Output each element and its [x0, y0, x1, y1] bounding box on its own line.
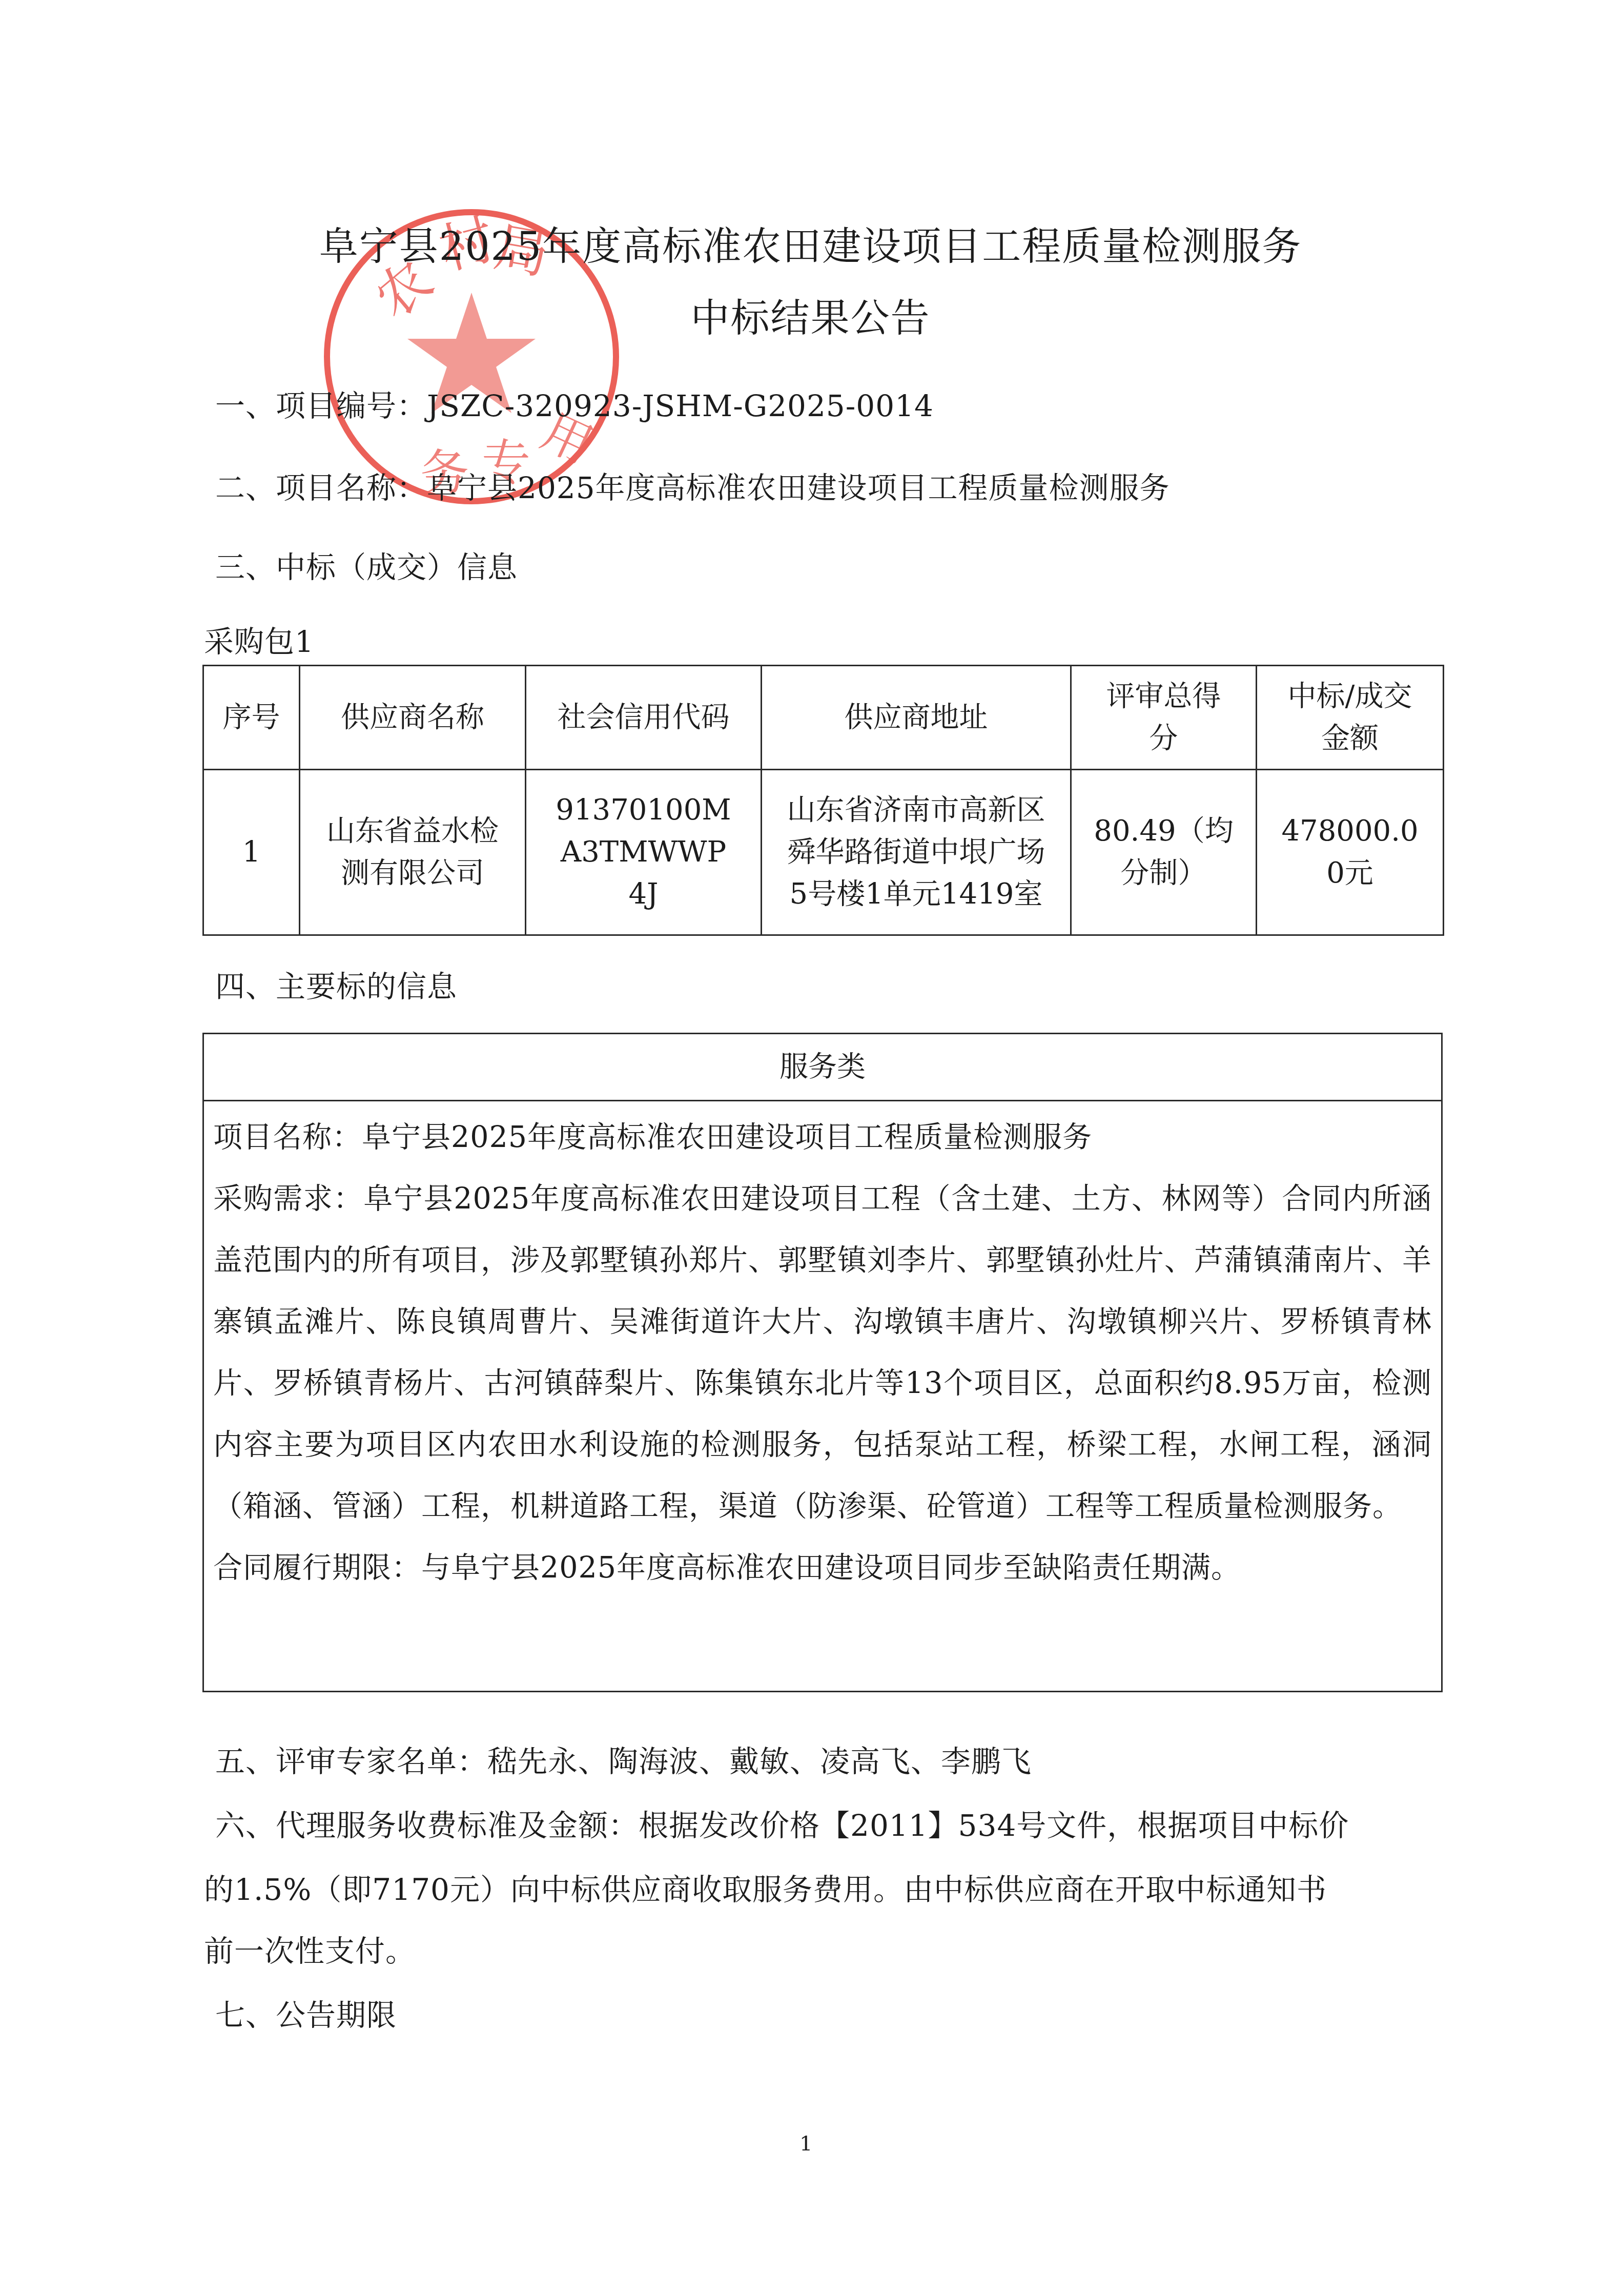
cell-address: 山东省济南市高新区舜华路街道中垠广场5号楼1单元1419室 [762, 770, 1071, 935]
agency-fee-line-3: 前一次性支付。 [204, 1927, 416, 1970]
header-supplier: 供应商名称 [300, 666, 526, 770]
subject-info-heading: 四、主要标的信息 [215, 962, 457, 1006]
header-amount: 中标/成交金额 [1257, 666, 1444, 770]
agency-fee-line-2: 的1.5%（即7170元）向中标供应商收取服务费用。由中标供应商在开取中标通知书 [204, 1865, 1327, 1909]
page-number: 1 [799, 2132, 812, 2156]
cell-supplier: 山东省益水检测有限公司 [300, 770, 526, 935]
subject-project-name: 项目名称：阜宁县2025年度高标准农田建设项目工程质量检测服务 [213, 1106, 1432, 1168]
contract-period: 合同履行期限：与阜宁县2025年度高标准农田建设项目同步至缺陷责任期满。 [213, 1537, 1432, 1598]
cell-index: 1 [203, 770, 300, 935]
project-name-line: 二、项目名称：阜宁县2025年度高标准农田建设项目工程质量检测服务 [215, 464, 1170, 507]
subject-info-box: 服务类 项目名称：阜宁县2025年度高标准农田建设项目工程质量检测服务 采购需求… [202, 1033, 1443, 1692]
header-score: 评审总得分 [1071, 666, 1257, 770]
header-index: 序号 [203, 666, 300, 770]
project-number-line: 一、项目编号：JSZC-320923-JSHM-G2025-0014 [215, 382, 934, 425]
award-result-table: 序号 供应商名称 社会信用代码 供应商地址 评审总得分 中标/成交金额 1 山东… [202, 665, 1444, 936]
category-label: 服务类 [204, 1034, 1441, 1101]
review-experts-line: 五、评审专家名单：嵇先永、陶海波、戴敏、凌高飞、李鹏飞 [215, 1737, 1032, 1780]
document-subtitle: 中标结果公告 [0, 287, 1621, 343]
award-info-heading: 三、中标（成交）信息 [215, 543, 518, 586]
procurement-requirement: 采购需求：阜宁县2025年度高标准农田建设项目工程（含土建、土方、林网等）合同内… [213, 1168, 1432, 1537]
cell-amount: 478000.00元 [1257, 770, 1444, 935]
table-header-row: 序号 供应商名称 社会信用代码 供应商地址 评审总得分 中标/成交金额 [203, 666, 1444, 770]
header-credit-code: 社会信用代码 [526, 666, 762, 770]
header-address: 供应商地址 [762, 666, 1071, 770]
document-title: 阜宁县2025年度高标准农田建设项目工程质量检测服务 [0, 215, 1621, 271]
notice-period-heading: 七、公告期限 [215, 1991, 397, 2034]
package-label: 采购包1 [204, 618, 314, 661]
cell-score: 80.49（均分制） [1071, 770, 1257, 935]
agency-fee-line-1: 六、代理服务收费标准及金额：根据发改价格【2011】534号文件，根据项目中标价 [215, 1801, 1349, 1844]
table-row: 1 山东省益水检测有限公司 91370100MA3TMWWP4J 山东省济南市高… [203, 770, 1444, 935]
cell-credit-code: 91370100MA3TMWWP4J [526, 770, 762, 935]
